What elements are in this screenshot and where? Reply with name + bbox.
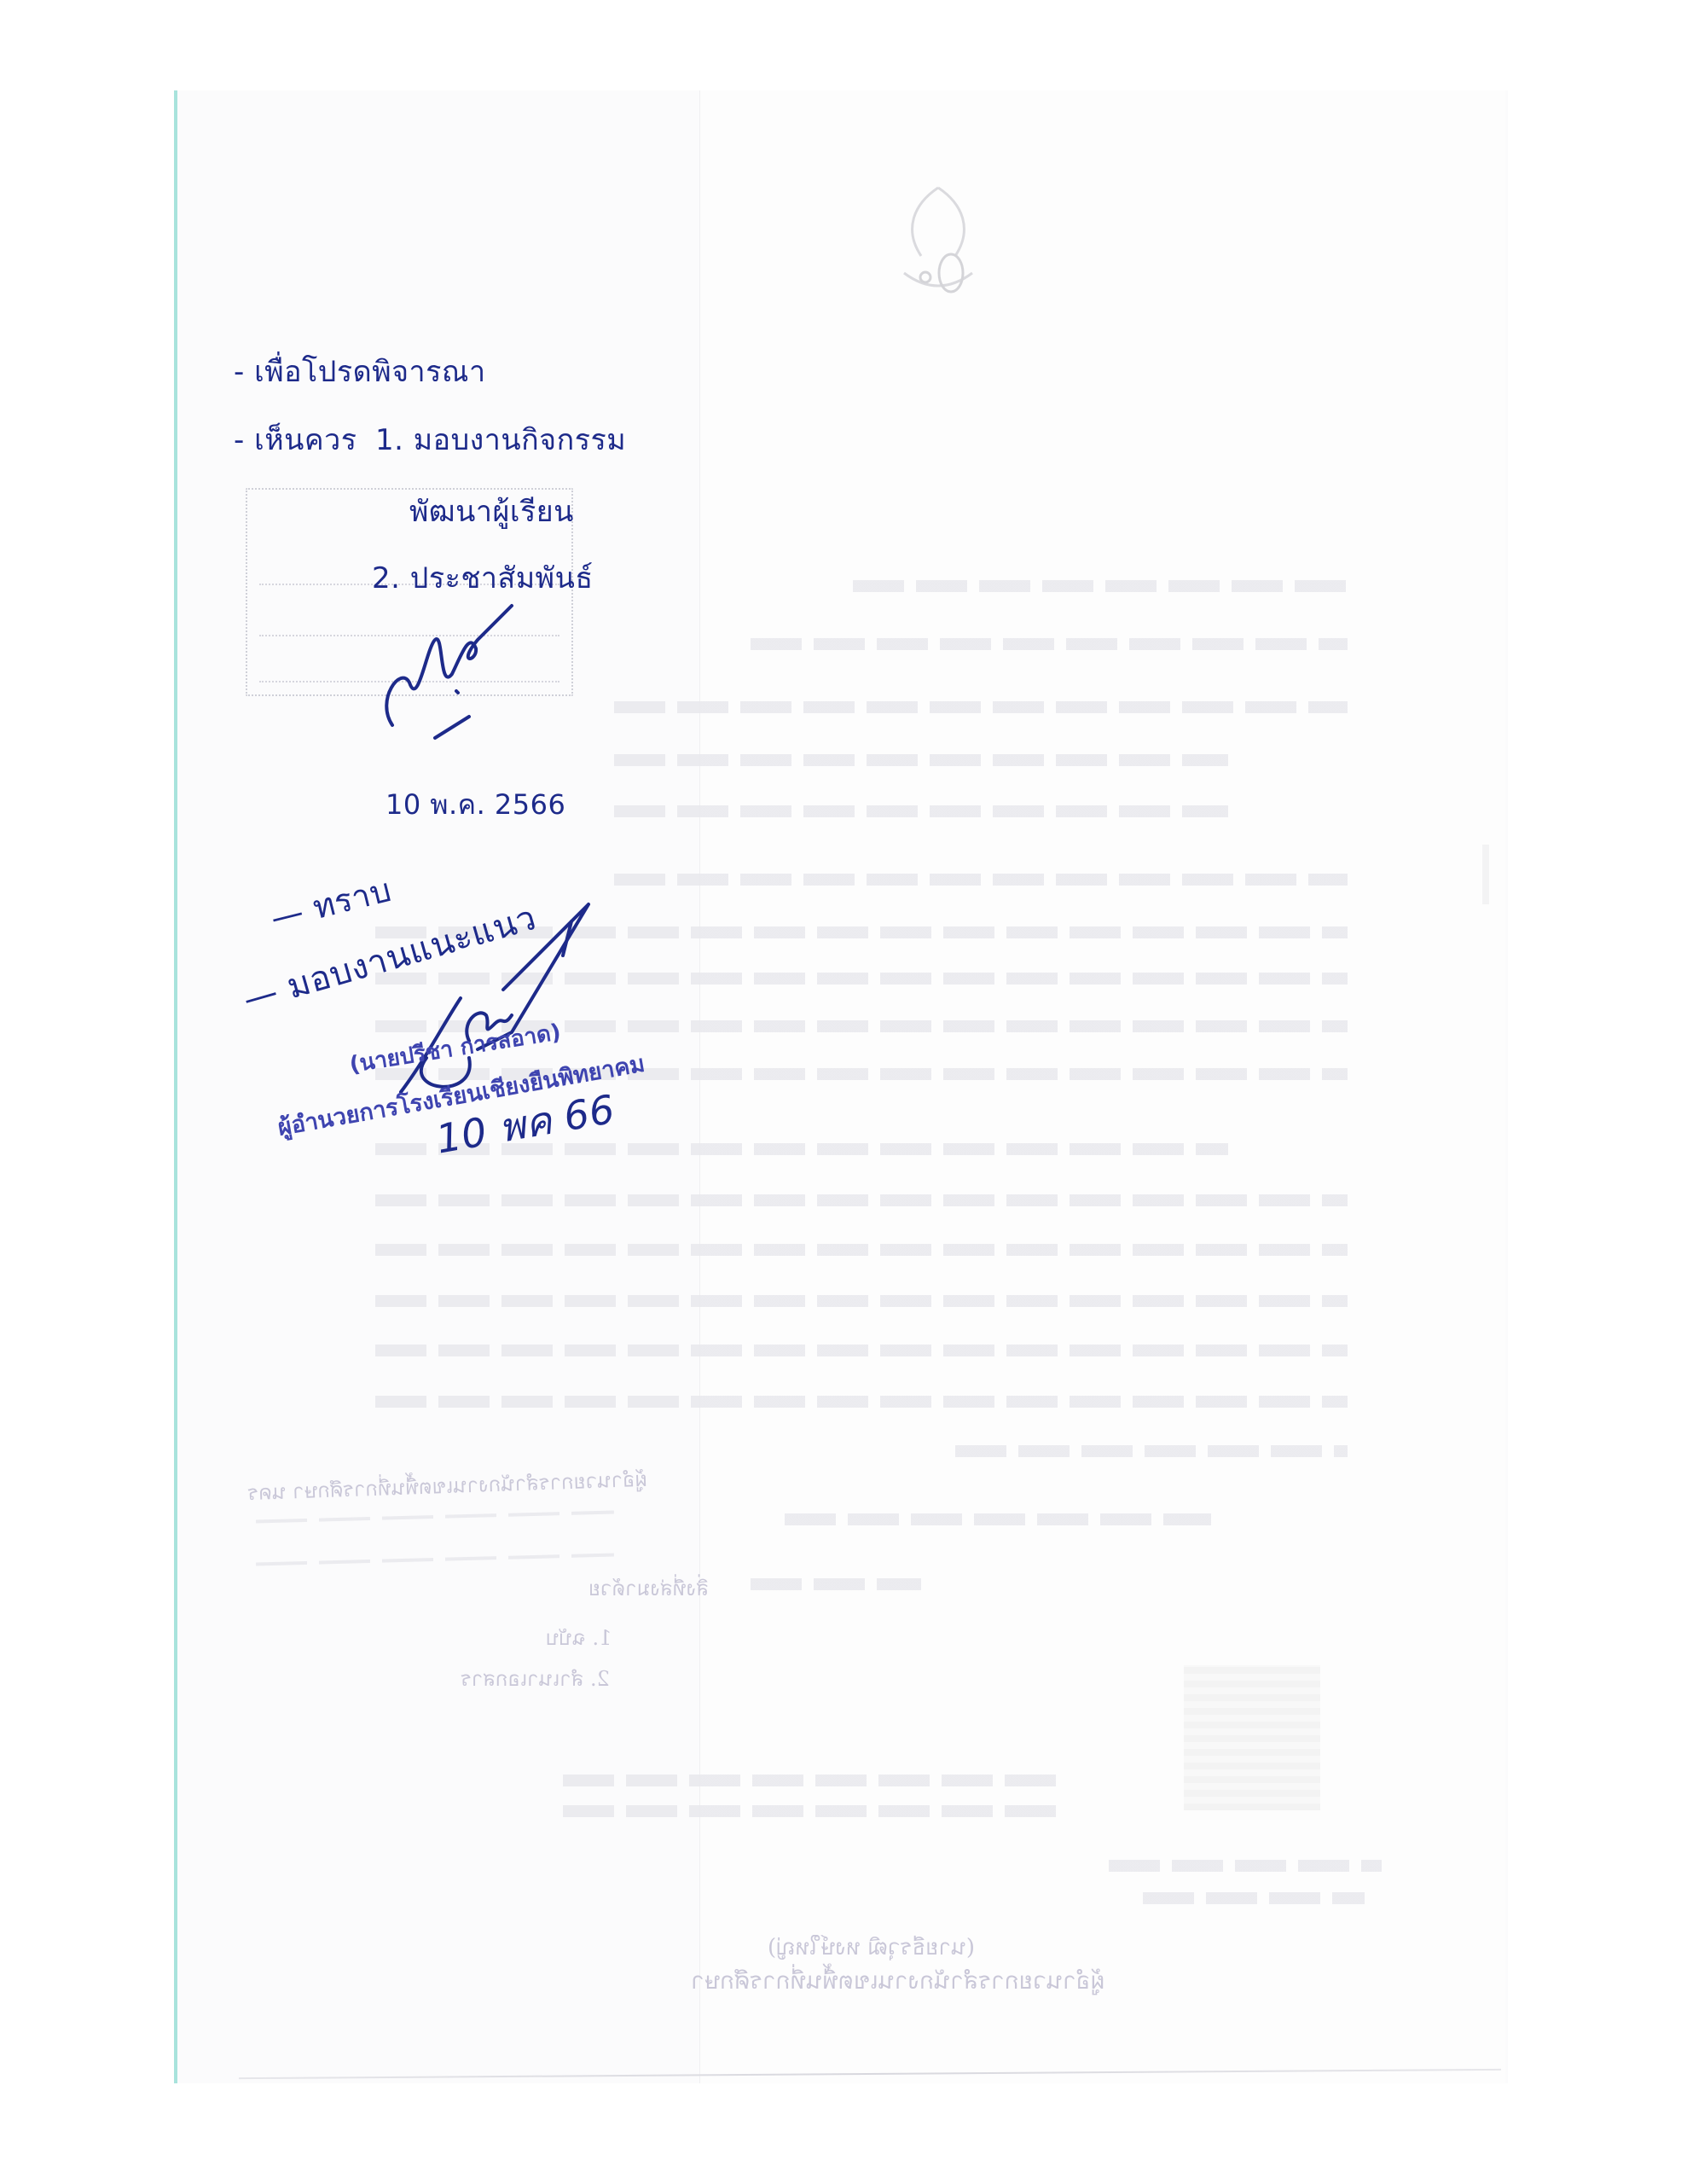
note-item-2: 2. ประชาสัมพันธ์ [372,555,594,601]
bleed-attach-item1: 1. ฉบับ [546,1621,612,1654]
note-item-1-cont: พัฒนาผู้เรียน [409,488,574,534]
note-date: 10 พ.ค. 2566 [386,783,565,827]
bleed-stamp-title: ผู้อำนวยการสำนักงานเขตพื้นที่การศึกษา [691,1962,1104,2000]
qr-code-ghost [1184,1665,1320,1810]
garuda-emblem-icon [853,171,1023,316]
page-edge-mark [1482,845,1489,904]
deputy-signature [375,597,546,751]
bleed-attach-item2: 2. สำเนาเอกสาร [461,1662,610,1695]
bleed-attach-label: สิ่งที่ส่งมาด้วย [588,1571,709,1605]
note-item-1: 1. มอบงานกิจกรรม [375,416,626,462]
note-for-consideration: - เพื่อโปรดพิจารณา [234,348,486,394]
bleed-stamp-name: (นายธีรวุฒิ หงษ์ใหญ่) [768,1930,975,1965]
note-recommend-prefix: - เห็นควร [234,416,357,462]
